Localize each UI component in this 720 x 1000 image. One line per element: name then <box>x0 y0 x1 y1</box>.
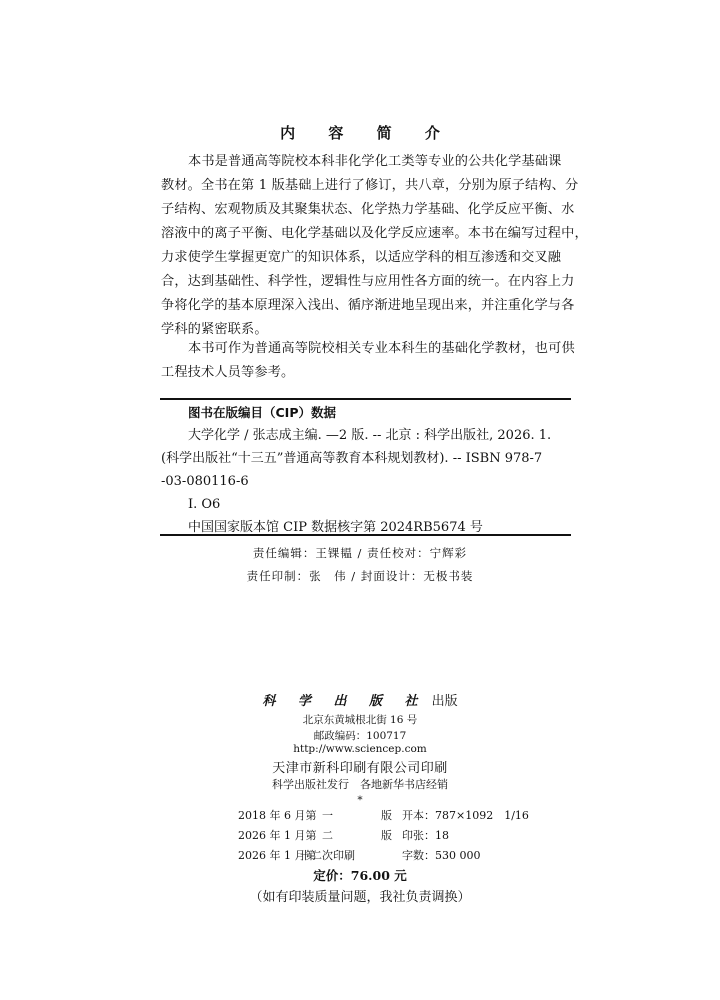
page-title: 内 容 简 介 <box>0 122 720 143</box>
divider-bottom <box>160 534 571 536</box>
text-line: 合，达到基础性、科学性，逻辑性与应用性各方面的统一。在内容上力 <box>161 270 571 294</box>
copyright-page: 内 容 简 介 本书是普通高等院校本科非化学化工类等专业的公共化学基础课 教材。… <box>0 0 720 1000</box>
cip-line: 大学化学 / 张志成主编. —2 版. -- 北京 : 科学出版社, 2026.… <box>161 424 571 447</box>
edition-spec: 字数：530 000 <box>402 846 481 866</box>
text-line: 工程技术人员等参考。 <box>161 361 571 385</box>
text-line: 子结构、宏观物质及其聚集状态、化学热力学基础、化学反应平衡、水 <box>161 198 571 222</box>
divider-top <box>160 398 571 400</box>
text-line: 本书是普通高等院校本科非化学化工类等专业的公共化学基础课 <box>161 150 571 174</box>
text-line: 争将化学的基本原理深入浅出、循序渐进地呈现出来，并注重化学与各 <box>161 294 571 318</box>
edition-row: 2018 年 6 月第 一 版 开本：787×1092 1/16 <box>238 806 529 826</box>
cip-line: -03-080116-6 <box>161 470 571 493</box>
cip-record-number: 中国国家版本馆 CIP 数据核字第 2024RB5674 号 <box>161 516 571 539</box>
edition-row: 2026 年 1 月第 十二次印刷 字数：530 000 <box>238 846 529 866</box>
edition-label: 二 版 <box>300 826 402 846</box>
edition-label: 十二次印刷 <box>300 846 402 866</box>
edition-row: 2026 年 1 月第 二 版 印张：18 <box>238 826 529 846</box>
quality-note: （如有印装质量问题，我社负责调换） <box>0 886 720 905</box>
text-line: 溶液中的离子平衡、电化学基础以及化学反应速率。本书在编写过程中， <box>161 222 571 246</box>
publisher-name-suffix: 出版 <box>432 694 458 709</box>
publisher-line: 科 学 出 版 社 出版 <box>0 690 720 709</box>
cip-line: (科学出版社“十三五”普通高等教育本科规划教材). -- ISBN 978-7 <box>161 447 571 470</box>
text-line: 力求使学生掌握更宽广的知识体系，以适应学科的相互渗透和交叉融 <box>161 246 571 270</box>
text-line: 教材。全书在第 1 版基础上进行了修订，共八章，分别为原子结构、分 <box>161 174 571 198</box>
publisher-address: 北京东黄城根北街 16 号 <box>0 712 720 727</box>
publisher-postcode: 邮政编码：100717 <box>0 728 720 743</box>
summary-paragraph-1: 本书是普通高等院校本科非化学化工类等专业的公共化学基础课 教材。全书在第 1 版… <box>161 150 571 342</box>
printer-line: 天津市新科印刷有限公司印刷 <box>0 757 720 776</box>
distribution-line: 科学出版社发行 各地新华书店经销 <box>0 776 720 792</box>
cip-block: 图书在版编目（CIP）数据 大学化学 / 张志成主编. —2 版. -- 北京 … <box>161 401 571 539</box>
edition-spec: 开本：787×1092 1/16 <box>402 806 529 826</box>
edition-date: 2026 年 1 月第 <box>238 826 300 846</box>
publisher-name: 科 学 出 版 社 <box>262 694 426 709</box>
price: 定价：76.00 元 <box>0 866 720 884</box>
cip-classification: Ⅰ. O6 <box>161 493 571 516</box>
credits-line-2: 责任印制：张 伟 / 封面设计：无极书装 <box>0 568 720 584</box>
edition-table: 2018 年 6 月第 一 版 开本：787×1092 1/16 2026 年 … <box>238 806 529 866</box>
edition-date: 2018 年 6 月第 <box>238 806 300 826</box>
separator-asterisk: * <box>0 794 720 806</box>
publisher-url: http://www.sciencep.com <box>0 743 720 755</box>
edition-date: 2026 年 1 月第 <box>238 846 300 866</box>
edition-label: 一 版 <box>300 806 402 826</box>
text-line: 本书可作为普通高等院校相关专业本科生的基础化学教材，也可供 <box>161 337 571 361</box>
credits-line-1: 责任编辑：王锞韫 / 责任校对：宁辉彩 <box>0 545 720 561</box>
summary-paragraph-2: 本书可作为普通高等院校相关专业本科生的基础化学教材，也可供 工程技术人员等参考。 <box>161 337 571 385</box>
edition-spec: 印张：18 <box>402 826 449 846</box>
cip-heading: 图书在版编目（CIP）数据 <box>161 401 571 424</box>
